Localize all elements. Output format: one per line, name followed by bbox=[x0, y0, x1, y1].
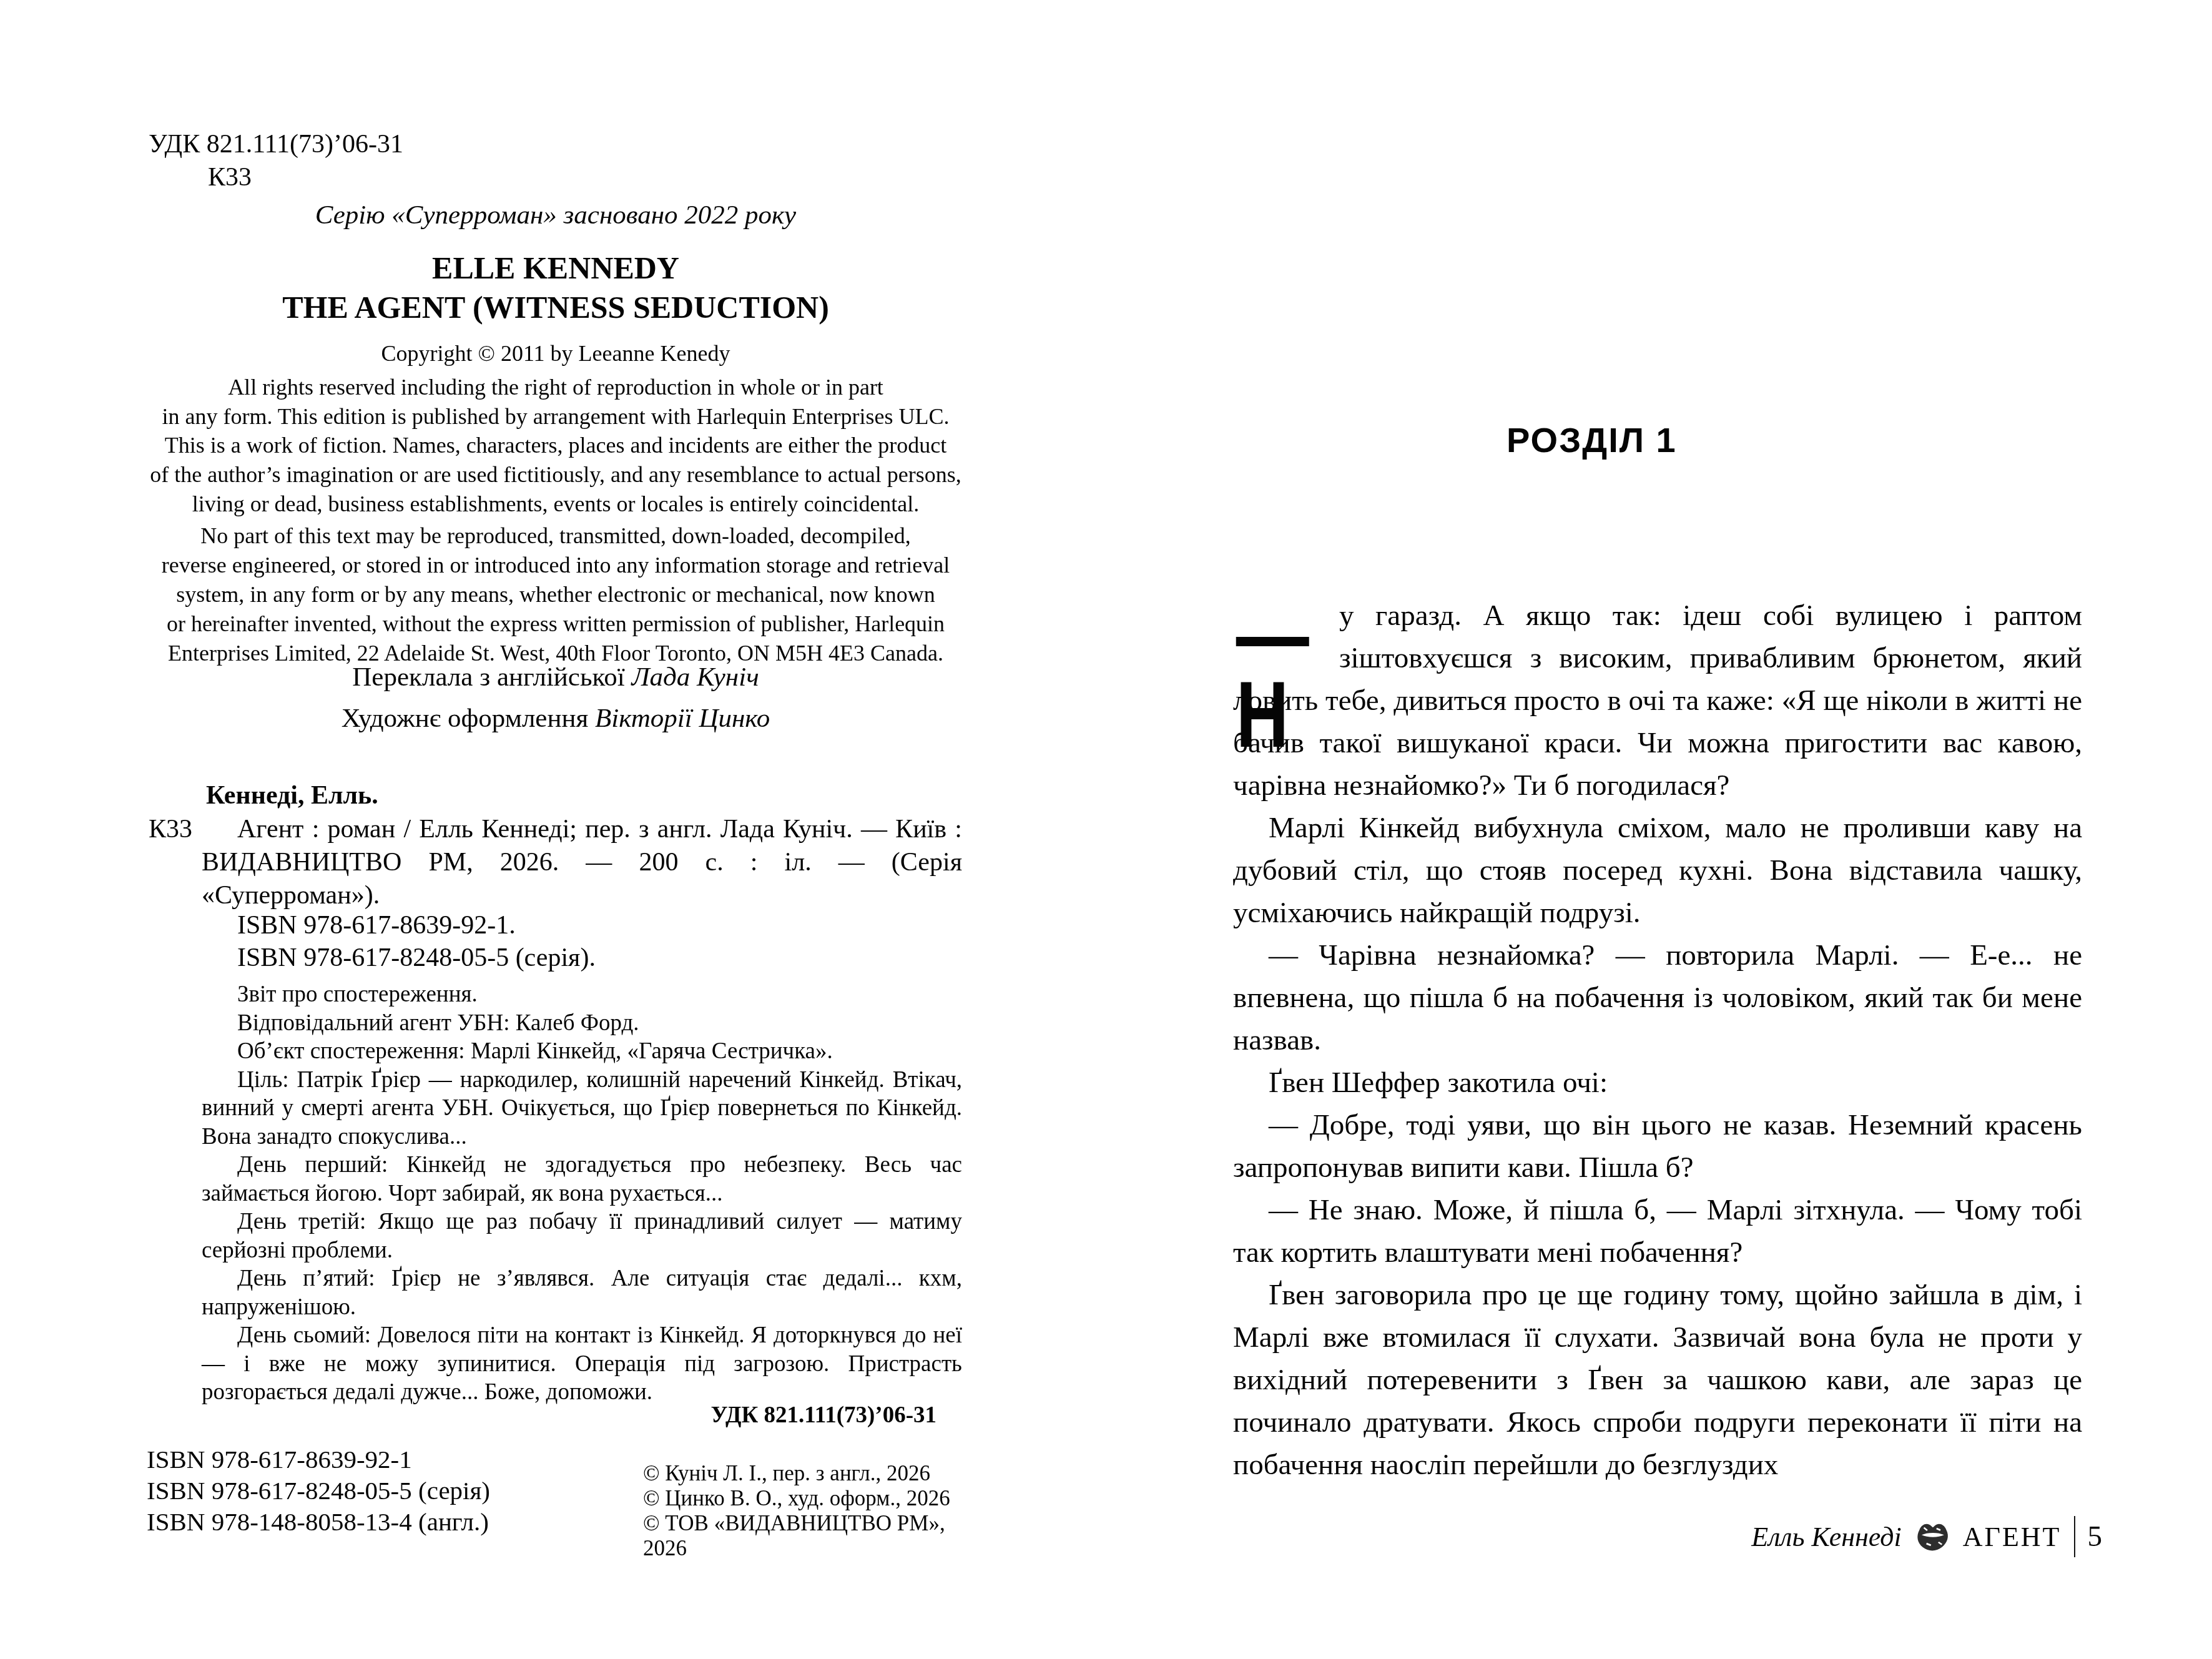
body-paragraph: Ґвен заговорила про це ще годину тому, щ… bbox=[1233, 1274, 2082, 1486]
rights-line: in any form. This edition is published b… bbox=[147, 402, 965, 431]
copyright-footer-line: © Куніч Л. І., пер. з англ., 2026 bbox=[643, 1461, 965, 1486]
surveillance-report-annotation: Звіт про спостереження. Відповідальний а… bbox=[202, 980, 962, 1407]
report-line: День п’ятий: Ґрієр не з’являвся. Але сит… bbox=[202, 1264, 962, 1321]
permission-line: No part of this text may be reproduced, … bbox=[147, 521, 965, 551]
isbn-footer-line: ISBN 978-148-8058-13-4 (англ.) bbox=[147, 1506, 490, 1537]
translator-name: Лада Куніч bbox=[631, 662, 759, 692]
fiction-line: living or dead, business establishments,… bbox=[147, 490, 965, 519]
chapter-heading: РОЗДІЛ 1 bbox=[1507, 420, 1677, 460]
body-paragraph: Марлі Кінкейд вибухнула сміхом, мало не … bbox=[1233, 807, 2082, 934]
designer-label: Художнє оформлення bbox=[342, 704, 589, 733]
permission-line: or hereinafter invented, without the exp… bbox=[147, 609, 965, 639]
fiction-line: This is a work of fiction. Names, charac… bbox=[147, 431, 965, 460]
body-paragraph: —Ну гаразд. А якщо так: ідеш собі вулице… bbox=[1233, 594, 2082, 807]
udk-top-line: УДК 821.111(73)’06-31 bbox=[149, 130, 403, 159]
footer-divider bbox=[2074, 1516, 2075, 1557]
catalog-card-code: К33 bbox=[149, 813, 192, 846]
chapter-page: РОЗДІЛ 1 —Ну гаразд. А якщо так: ідеш со… bbox=[1233, 0, 2082, 1659]
report-line: День сьомий: Довелося піти на контакт із… bbox=[202, 1321, 962, 1407]
fiction-line: of the author’s imagination or are used … bbox=[147, 460, 965, 490]
imprint-page: УДК 821.111(73)’06-31 К33 Серію «Суперро… bbox=[147, 0, 965, 1659]
translator-credit: Переклала з англійської Лада Куніч bbox=[147, 657, 965, 698]
original-title: THE AGENT (WITNESS SEDUCTION) bbox=[147, 288, 965, 327]
report-line: День перший: Кінкейд не здогадується про… bbox=[202, 1151, 962, 1208]
isbn-footer-line: ISBN 978-617-8639-92-1 bbox=[147, 1444, 490, 1475]
isbn-series: ISBN 978-617-8248-05-5 (серія). bbox=[237, 942, 596, 974]
copyright-footer-line: © Цинко В. О., худ. оформ., 2026 bbox=[643, 1486, 965, 1511]
isbn-main: ISBN 978-617-8639-92-1. bbox=[237, 909, 596, 942]
copyright-footer-line: © ТОВ «ВИДАВНИЦТВО РМ», 2026 bbox=[643, 1511, 965, 1561]
body-paragraph: — Добре, тоді уяви, що він цього не каза… bbox=[1233, 1104, 2082, 1189]
designer-name: Вікторії Цинко bbox=[595, 704, 770, 733]
designer-credit: Художнє оформлення Вікторії Цинко bbox=[147, 698, 965, 739]
translator-label: Переклала з англійської bbox=[352, 662, 624, 692]
isbn-block: ISBN 978-617-8639-92-1. ISBN 978-617-824… bbox=[237, 909, 596, 974]
udk-classification-block: УДК 821.111(73)’06-31 К33 bbox=[149, 128, 403, 194]
drop-cap: —Н bbox=[1233, 594, 1316, 677]
udk-bottom: УДК 821.111(73)’06-31 bbox=[711, 1402, 936, 1429]
report-line: Звіт про спостереження. bbox=[202, 980, 962, 1009]
catalog-card-entry: К33 Агент : роман / Елль Кеннеді; пер. з… bbox=[202, 813, 962, 912]
catalog-card-author: Кеннеді, Елль. bbox=[206, 780, 378, 810]
footer-book-title: АГЕНТ bbox=[1963, 1521, 2062, 1553]
credits-block: Переклала з англійської Лада Куніч Худож… bbox=[147, 657, 965, 739]
report-line: Ціль: Патрік Ґрієр — наркодилер, колишні… bbox=[202, 1066, 962, 1151]
bbk-author-code: К33 bbox=[208, 161, 403, 194]
fiction-disclaimer-paragraph: This is a work of fiction. Names, charac… bbox=[147, 431, 965, 519]
rights-paragraph: All rights reserved including the right … bbox=[147, 373, 965, 431]
kiss-lips-icon bbox=[1914, 1520, 1950, 1553]
paragraph-text: у гаразд. А якщо так: ідеш собі вулицею … bbox=[1233, 599, 2082, 802]
chapter-body: —Ну гаразд. А якщо так: ідеш собі вулице… bbox=[1233, 594, 2082, 1486]
catalog-card-text: Агент : роман / Елль Кеннеді; пер. з анг… bbox=[202, 815, 962, 910]
report-line: Відповідальний агент УБН: Калеб Форд. bbox=[202, 1009, 962, 1038]
series-note: Серію «Суперроман» засновано 2022 року bbox=[147, 200, 965, 230]
copyright-footer-block: © Куніч Л. І., пер. з англ., 2026 © Цинк… bbox=[643, 1461, 965, 1561]
report-line: Об’єкт спостереження: Марлі Кінкейд, «Га… bbox=[202, 1037, 962, 1066]
copyright-line: Copyright © 2011 by Leeanne Kenedy bbox=[147, 340, 965, 367]
original-title-block: ELLE KENNEDY THE AGENT (WITNESS SEDUCTIO… bbox=[147, 249, 965, 327]
book-spread: { "left_page": { "udk_top": "УДК 821.111… bbox=[0, 0, 2212, 1659]
permission-line: reverse engineered, or stored in or intr… bbox=[147, 551, 965, 580]
page-number: 5 bbox=[2088, 1520, 2103, 1553]
report-line: День третій: Якщо ще раз побачу її прина… bbox=[202, 1208, 962, 1264]
permission-line: system, in any form or by any means, whe… bbox=[147, 580, 965, 609]
rights-line: All rights reserved including the right … bbox=[147, 373, 965, 402]
isbn-footer-block: ISBN 978-617-8639-92-1 ISBN 978-617-8248… bbox=[147, 1444, 490, 1537]
running-footer: Елль Кеннеді АГЕНТ 5 bbox=[1751, 1516, 2102, 1557]
isbn-footer-line: ISBN 978-617-8248-05-5 (серія) bbox=[147, 1475, 490, 1506]
body-paragraph: Ґвен Шеффер закотила очі: bbox=[1233, 1061, 2082, 1104]
body-paragraph: — Не знаю. Може, й пішла б, — Марлі зітх… bbox=[1233, 1189, 2082, 1274]
permission-paragraph: No part of this text may be reproduced, … bbox=[147, 521, 965, 668]
body-paragraph: — Чарівна незнайомка? — повторила Марлі.… bbox=[1233, 934, 2082, 1061]
footer-author: Елль Кеннеді bbox=[1751, 1521, 1902, 1553]
original-author: ELLE KENNEDY bbox=[147, 249, 965, 288]
